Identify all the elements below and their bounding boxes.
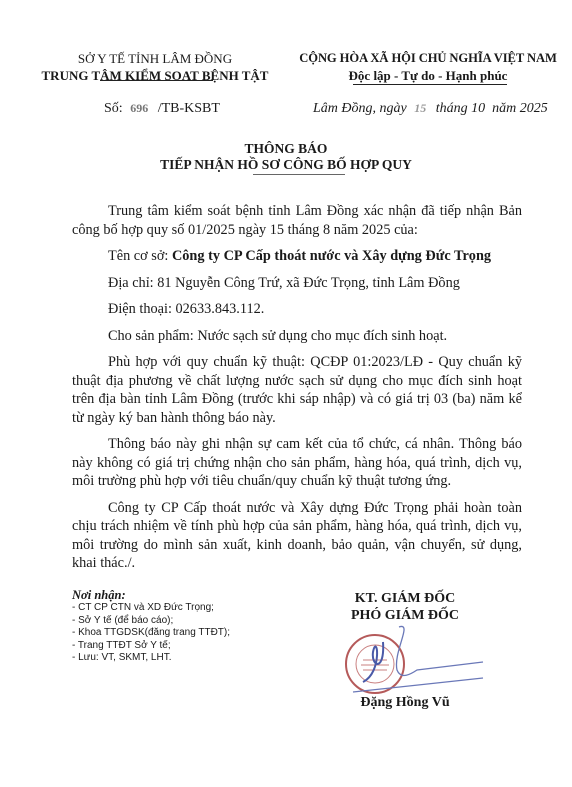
signer-name: Đặng Hồng Vũ: [320, 695, 490, 711]
recipient-item: - Trang TTĐT Sở Y tế;: [72, 640, 312, 653]
date-day: 15: [414, 101, 426, 116]
agency-underline: [100, 80, 213, 81]
document-body: Trung tâm kiểm soát bệnh tỉnh Lâm Đồng x…: [72, 202, 522, 578]
document-number: Số: 696 /TB-KSBT: [104, 101, 220, 117]
facility-label: Tên cơ sở:: [108, 248, 172, 264]
note-paragraph: Thông báo này ghi nhận sự cam kết của tổ…: [72, 435, 522, 491]
facility-line: Tên cơ sở: Công ty CP Cấp thoát nước và …: [72, 247, 522, 266]
motto-underline: [353, 84, 507, 85]
national-motto: Độc lập - Tự do - Hạnh phúc: [296, 67, 560, 84]
doc-number-value: 696: [130, 101, 148, 116]
address-line: Địa chỉ: 81 Nguyễn Công Trứ, xã Đức Trọn…: [72, 274, 522, 293]
recipient-item: - CT CP CTN và XD Đức Trọng;: [72, 602, 312, 615]
title-line-2: TIẾP NHẬN HỒ SƠ CÔNG BỐ HỢP QUY: [0, 157, 572, 173]
recipient-item: - Sở Y tế (để báo cáo);: [72, 615, 312, 628]
signature-line-1: KT. GIÁM ĐỐC: [320, 590, 490, 607]
issuing-agency-block: SỞ Y TẾ TỈNH LÂM ĐỒNG TRUNG TÂM KIỂM SOA…: [20, 50, 290, 84]
intro-paragraph: Trung tâm kiểm soát bệnh tỉnh Lâm Đồng x…: [72, 202, 522, 239]
document-title: THÔNG BÁO TIẾP NHẬN HỒ SƠ CÔNG BỐ HỢP QU…: [0, 141, 572, 173]
facility-name: Công ty CP Cấp thoát nước và Xây dựng Đứ…: [172, 248, 491, 264]
conformity-paragraph: Phù hợp với quy chuẩn kỹ thuật: QCĐP 01:…: [72, 353, 522, 427]
recipients-title: Nơi nhận:: [72, 589, 312, 602]
doc-number-suffix: /TB-KSBT: [158, 101, 220, 116]
recipients-block: Nơi nhận: - CT CP CTN và XD Đức Trọng; -…: [72, 589, 312, 665]
doc-number-prefix: Số:: [104, 101, 123, 116]
ministry-name: SỞ Y TẾ TỈNH LÂM ĐỒNG: [20, 50, 290, 67]
date-place: Lâm Đồng, ngày: [313, 101, 407, 116]
handwritten-signature-icon: [343, 612, 493, 702]
responsibility-paragraph: Công ty CP Cấp thoát nước và Xây dựng Đứ…: [72, 499, 522, 573]
document-date: Lâm Đồng, ngày 15 tháng 10 năm 2025: [313, 101, 548, 117]
title-line-1: THÔNG BÁO: [0, 141, 572, 157]
product-line: Cho sản phẩm: Nước sạch sử dụng cho mục …: [72, 327, 522, 346]
nation-name: CỘNG HÒA XÃ HỘI CHỦ NGHĨA VIỆT NAM: [296, 50, 560, 67]
agency-name: TRUNG TÂM KIỂM SOAT BỆNH TẬT: [20, 67, 290, 84]
title-underline: [253, 174, 345, 175]
national-header-block: CỘNG HÒA XÃ HỘI CHỦ NGHĨA VIỆT NAM Độc l…: [296, 50, 560, 84]
phone-line: Điện thoại: 02633.843.112.: [72, 300, 522, 319]
recipient-item: - Khoa TTGDSK(đăng trang TTĐT);: [72, 627, 312, 640]
date-month-year: tháng 10 năm 2025: [436, 101, 548, 116]
recipient-item: - Lưu: VT, SKMT, LHT.: [72, 652, 312, 665]
